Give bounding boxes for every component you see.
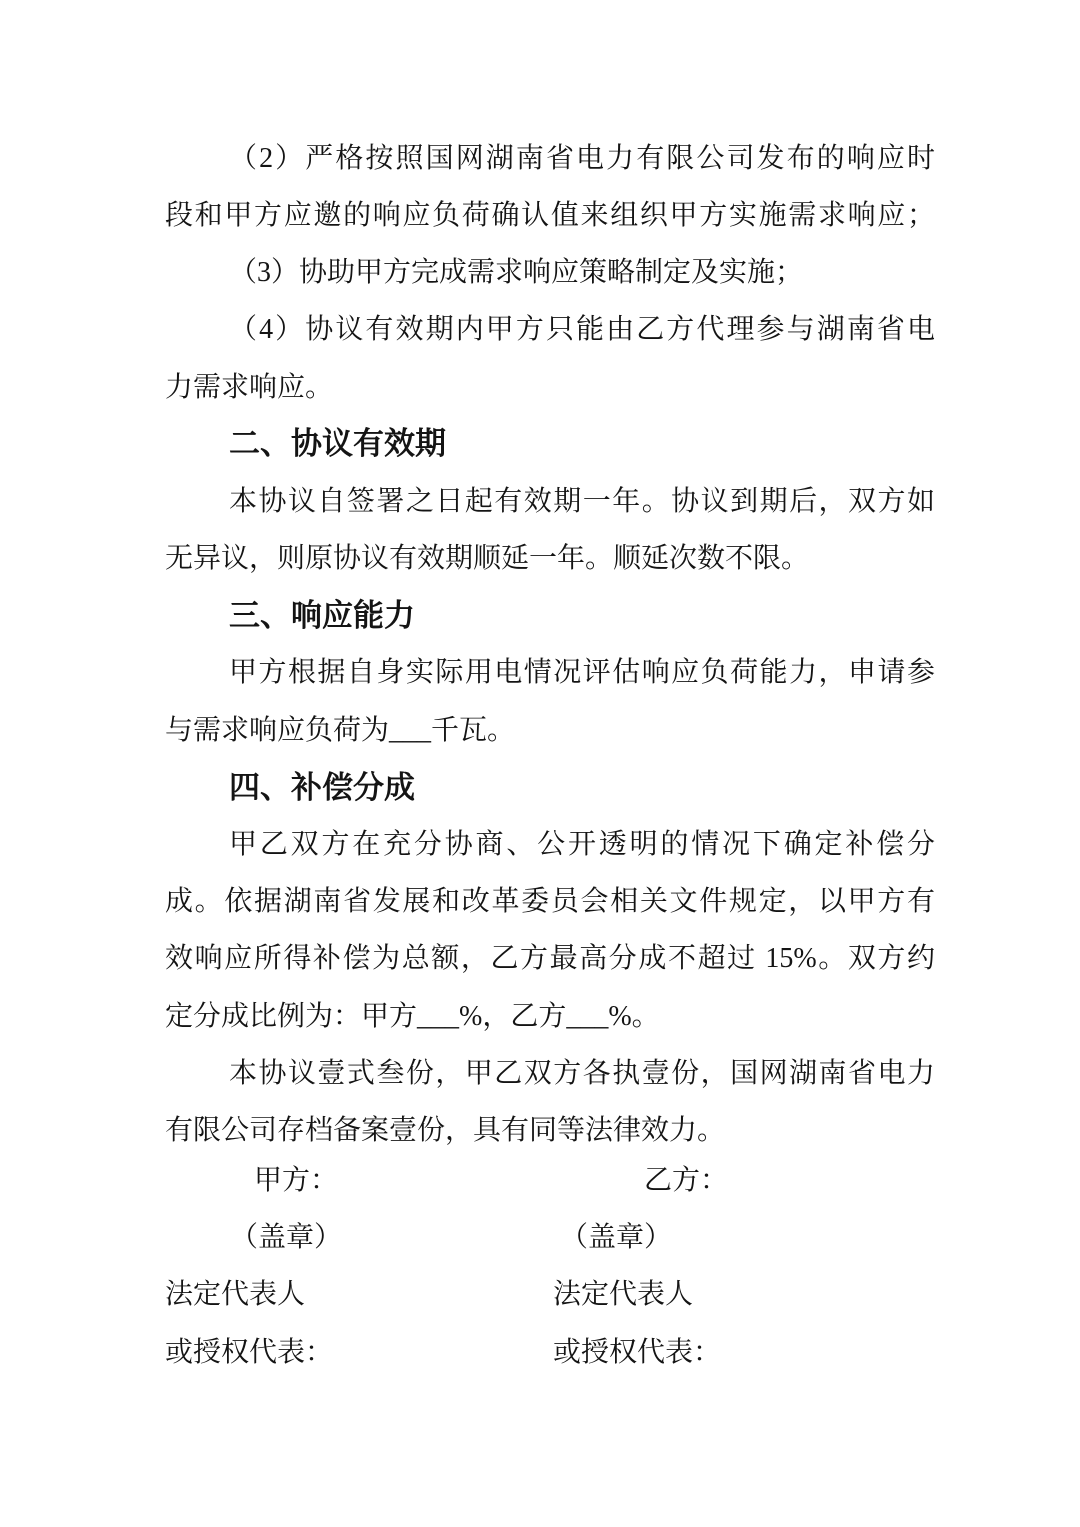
party-b-auth-rep-label: 或授权代表： — [553, 1333, 721, 1373]
ratio-line-post: %。 — [608, 1001, 659, 1032]
party-a-auth-rep-label: 或授权代表： — [165, 1333, 333, 1373]
capacity-line-2-text: 与需求响应负荷为 — [165, 715, 389, 746]
compensation-line-1: 甲乙双方在充分协商、公开透明的情况下确定补偿分 — [229, 825, 935, 865]
closing-line-1: 本协议壹式叁份，甲乙双方各执壹份，国网湖南省电力 — [229, 1054, 935, 1094]
contract-page: （2）严格按照国网湖南省电力有限公司发布的响应时 段和甲方应邀的响应负荷确认值来… — [0, 0, 1080, 1527]
validity-line-2: 无异议，则原协议有效期顺延一年。顺延次数不限。 — [165, 539, 809, 579]
section-heading-validity: 二、协议有效期 — [229, 424, 446, 464]
capacity-line-1: 甲方根据自身实际用电情况评估响应负荷能力，申请参 — [229, 653, 935, 693]
section-heading-capacity: 三、响应能力 — [229, 596, 415, 636]
validity-line-1: 本协议自签署之日起有效期一年。协议到期后，双方如 — [229, 482, 935, 522]
compensation-line-3: 效响应所得补偿为总额，乙方最高分成不超过 15%。双方约 — [165, 939, 935, 979]
ratio-line-mid: %，乙方 — [459, 1001, 566, 1032]
party-a-seal-label: （盖章） — [230, 1218, 342, 1258]
fill-in-blank-load-kw: ___ — [389, 715, 431, 746]
compensation-ratio-line: 定分成比例为：甲方___%，乙方___%。 — [165, 997, 660, 1037]
fill-in-blank-party-b-percent: ___ — [566, 1001, 608, 1032]
capacity-line-2-unit: 千瓦。 — [431, 715, 515, 746]
capacity-line-2: 与需求响应负荷为___千瓦。 — [165, 711, 515, 751]
party-b-legal-rep-label: 法定代表人 — [553, 1275, 693, 1315]
clause-3-line: （3）协助甲方完成需求响应策略制定及实施； — [229, 253, 803, 293]
clause-4-line-2: 力需求响应。 — [165, 368, 333, 408]
party-b-label: 乙方： — [644, 1161, 728, 1201]
closing-line-2: 有限公司存档备案壹份，具有同等法律效力。 — [165, 1111, 725, 1151]
party-a-label: 甲方： — [254, 1161, 338, 1201]
ratio-line-pre: 定分成比例为：甲方 — [165, 1001, 417, 1032]
clause-2-line-1: （2）严格按照国网湖南省电力有限公司发布的响应时 — [229, 139, 935, 179]
clause-4-line-1: （4）协议有效期内甲方只能由乙方代理参与湖南省电 — [229, 310, 935, 350]
fill-in-blank-party-a-percent: ___ — [417, 1001, 459, 1032]
party-a-legal-rep-label: 法定代表人 — [165, 1275, 305, 1315]
party-b-seal-label: （盖章） — [560, 1218, 672, 1258]
clause-2-line-2: 段和甲方应邀的响应负荷确认值来组织甲方实施需求响应； — [165, 196, 935, 236]
compensation-line-2: 成。依据湖南省发展和改革委员会相关文件规定，以甲方有 — [165, 882, 935, 922]
section-heading-compensation: 四、补偿分成 — [229, 768, 415, 808]
